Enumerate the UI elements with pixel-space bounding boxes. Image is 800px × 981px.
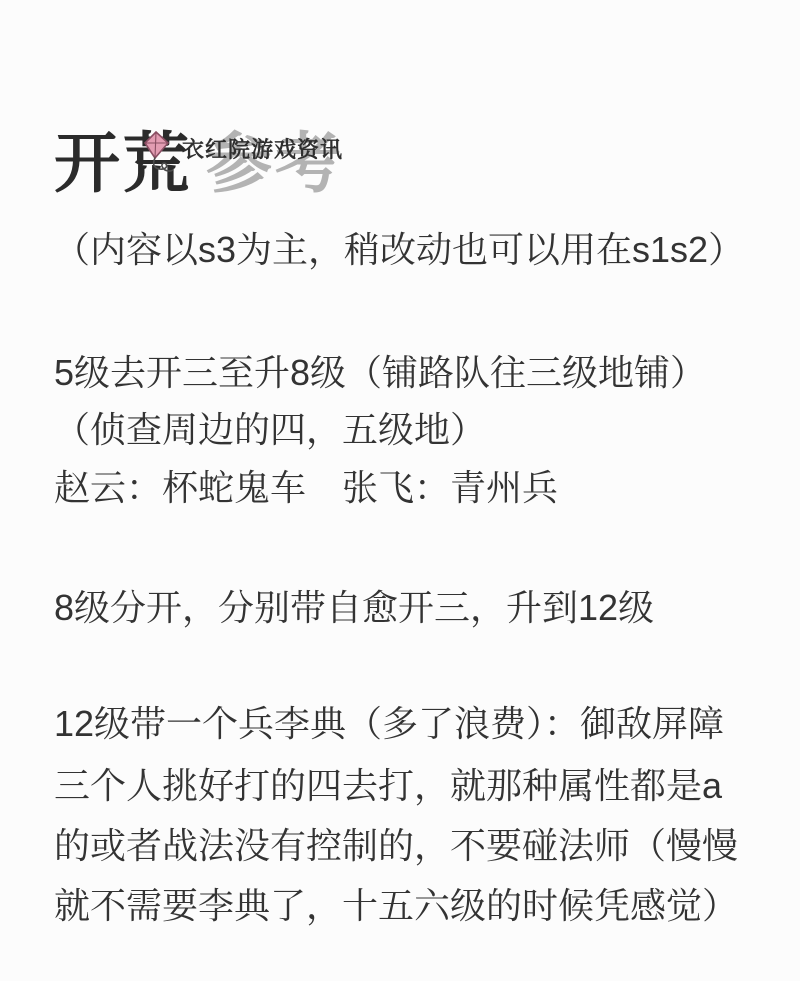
- line-level8-split: 8级分开，分别带自愈开三，升到12级: [54, 580, 654, 636]
- line-drop-lidian: 就不需要李典了，十五六级的时候凭感觉）: [54, 878, 738, 934]
- line-level12-lidian: 12级带一个兵李典（多了浪费）：御敌屏障: [54, 696, 724, 752]
- article-page: 开荒 参考 衣红院游戏资讯 （内容以s3为主，稍改动也可以用在s1s2） 5级去…: [0, 0, 800, 981]
- line-attack-level4: 三个人挑好打的四去打，就那种属性都是a: [54, 758, 722, 814]
- watermark: 衣红院游戏资讯: [142, 130, 343, 176]
- watermark-text: 衣红院游戏资讯: [182, 133, 343, 164]
- line-level5-open3: 5级去开三至升8级（铺路队往三级地铺）: [54, 345, 706, 401]
- line-scope-note: （内容以s3为主，稍改动也可以用在s1s2）: [54, 222, 744, 278]
- line-avoid-mages: 的或者战法没有控制的，不要碰法师（慢慢: [54, 818, 738, 874]
- kite-icon: [142, 130, 176, 176]
- line-generals-lineup: 赵云：杯蛇鬼车 张飞：青州兵: [54, 460, 558, 516]
- line-scout-note: （侦查周边的四，五级地）: [54, 402, 486, 458]
